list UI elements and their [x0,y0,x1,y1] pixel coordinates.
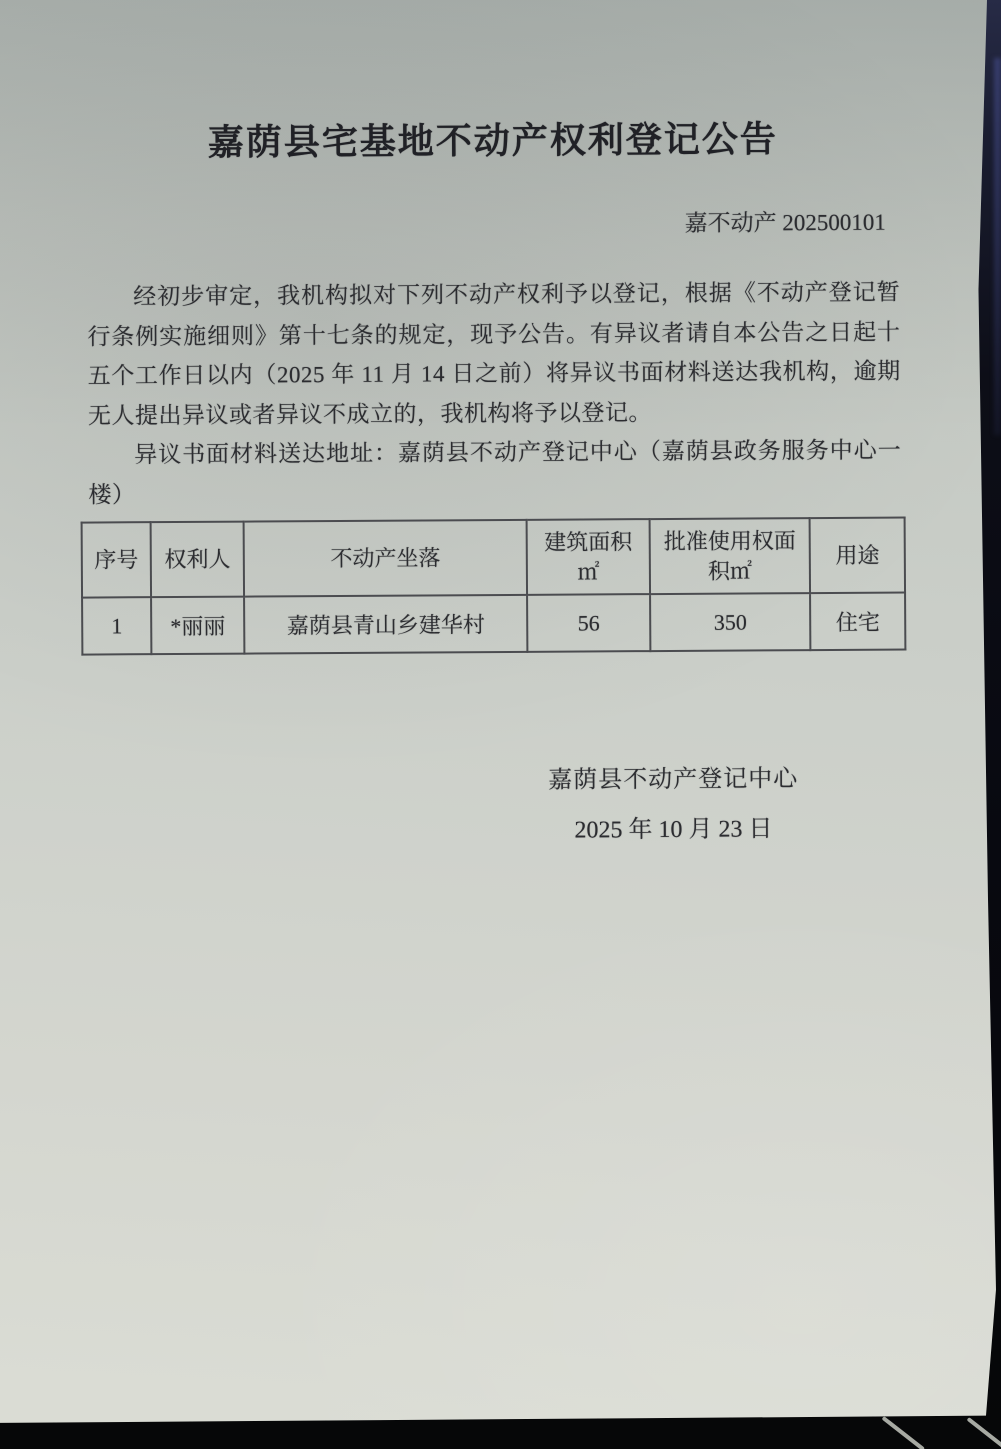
surface-reflection-line [882,1416,925,1449]
signature-org: 嘉荫县不动产登记中心 [498,763,848,797]
cell-location: 嘉荫县青山乡建华村 [244,595,527,654]
cell-approved-area: 350 [650,593,811,651]
document-content: 嘉荫县宅基地不动产权利登记公告 嘉不动产 202500101 经初步审定，我机构… [0,0,1001,850]
body-text: 经初步审定，我机构拟对下列不动产权利予以登记，根据《不动产登记暂行条例实施细则》… [87,273,901,515]
page-title: 嘉荫县宅基地不动产权利登记公告 [86,118,899,167]
signature-block: 嘉荫县不动产登记中心 2025 年 10 月 23 日 [498,763,848,847]
column-header-approved-area: 批准使用权面积㎡ [649,518,810,594]
paper-sheet: 嘉荫县宅基地不动产权利登记公告 嘉不动产 202500101 经初步审定，我机构… [0,0,1001,1449]
doc-number: 嘉不动产 202500101 [87,208,900,242]
photo-background: 嘉荫县宅基地不动产权利登记公告 嘉不动产 202500101 经初步审定，我机构… [0,0,1001,1449]
body-paragraph: 经初步审定，我机构拟对下列不动产权利予以登记，根据《不动产登记暂行条例实施细则》… [87,273,901,436]
surface-reflection-line [967,1417,1001,1449]
column-header-index: 序号 [82,522,152,597]
column-header-location: 不动产坐落 [244,520,528,597]
cell-usage: 住宅 [810,593,905,651]
signature-date: 2025 年 10 月 23 日 [498,813,848,847]
cell-holder: *丽丽 [151,597,244,655]
registration-table: 序号 权利人 不动产坐落 建筑面积㎡ 批准使用权面积㎡ 用途 1 *丽丽 嘉荫县… [81,517,907,656]
column-header-building-area: 建筑面积㎡ [527,519,650,595]
column-header-usage: 用途 [810,518,905,594]
column-header-holder: 权利人 [151,522,244,598]
cell-index: 1 [82,597,151,654]
body-paragraph: 异议书面材料送达地址：嘉荫县不动产登记中心（嘉荫县政务服务中心一楼） [88,431,901,515]
table-row: 1 *丽丽 嘉荫县青山乡建华村 56 350 住宅 [82,593,905,655]
cell-building-area: 56 [527,594,650,652]
book-edge-strip [994,58,1001,435]
table-header-row: 序号 权利人 不动产坐落 建筑面积㎡ 批准使用权面积㎡ 用途 [82,518,905,598]
